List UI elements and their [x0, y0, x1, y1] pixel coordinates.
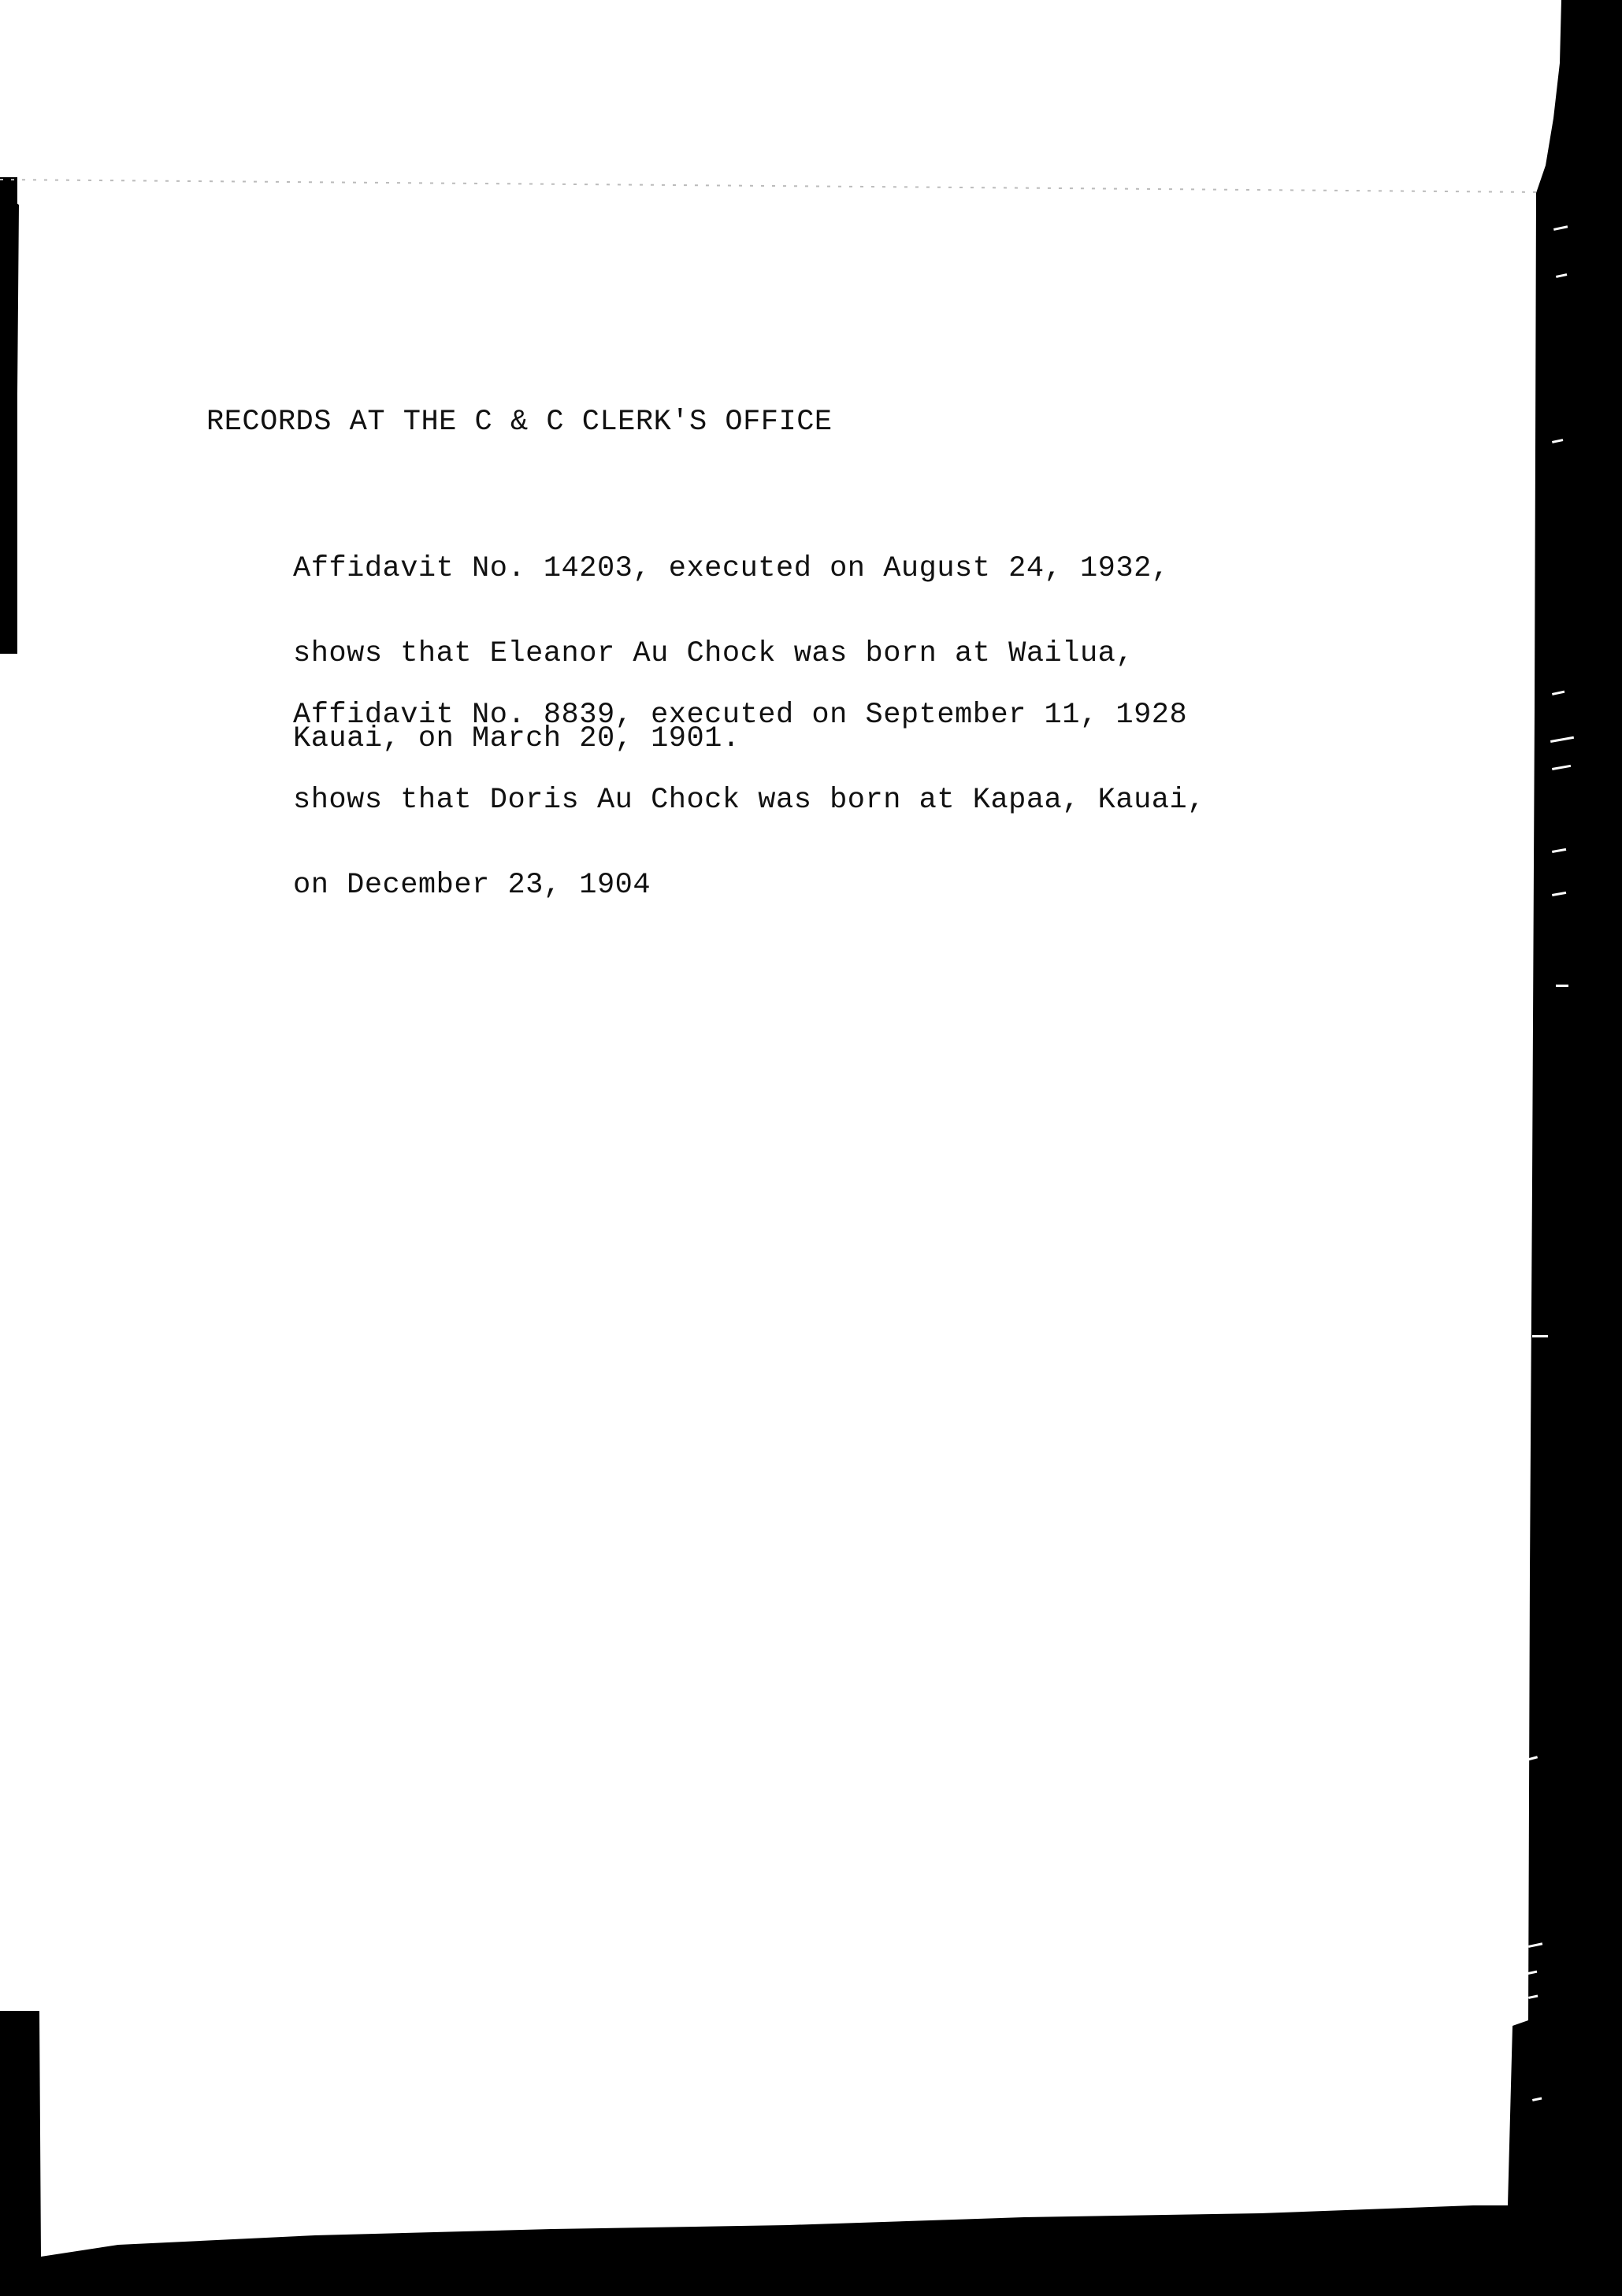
paragraph-2-line-3: on December 23, 1904 [293, 871, 1205, 899]
document-heading: RECORDS AT THE C & C CLERK'S OFFICE [206, 403, 833, 441]
paragraph-2-line-2: shows that Doris Au Chock was born at Ka… [293, 786, 1205, 814]
paragraph-1-line-1: Affidavit No. 14203, executed on August … [293, 555, 1169, 583]
paragraph-2-line-1: Affidavit No. 8839, executed on Septembe… [293, 701, 1205, 729]
affidavit-paragraph-2: Affidavit No. 8839, executed on Septembe… [293, 644, 1205, 928]
scanned-page-background [0, 0, 1622, 2296]
paper-sheet [0, 0, 1561, 2257]
